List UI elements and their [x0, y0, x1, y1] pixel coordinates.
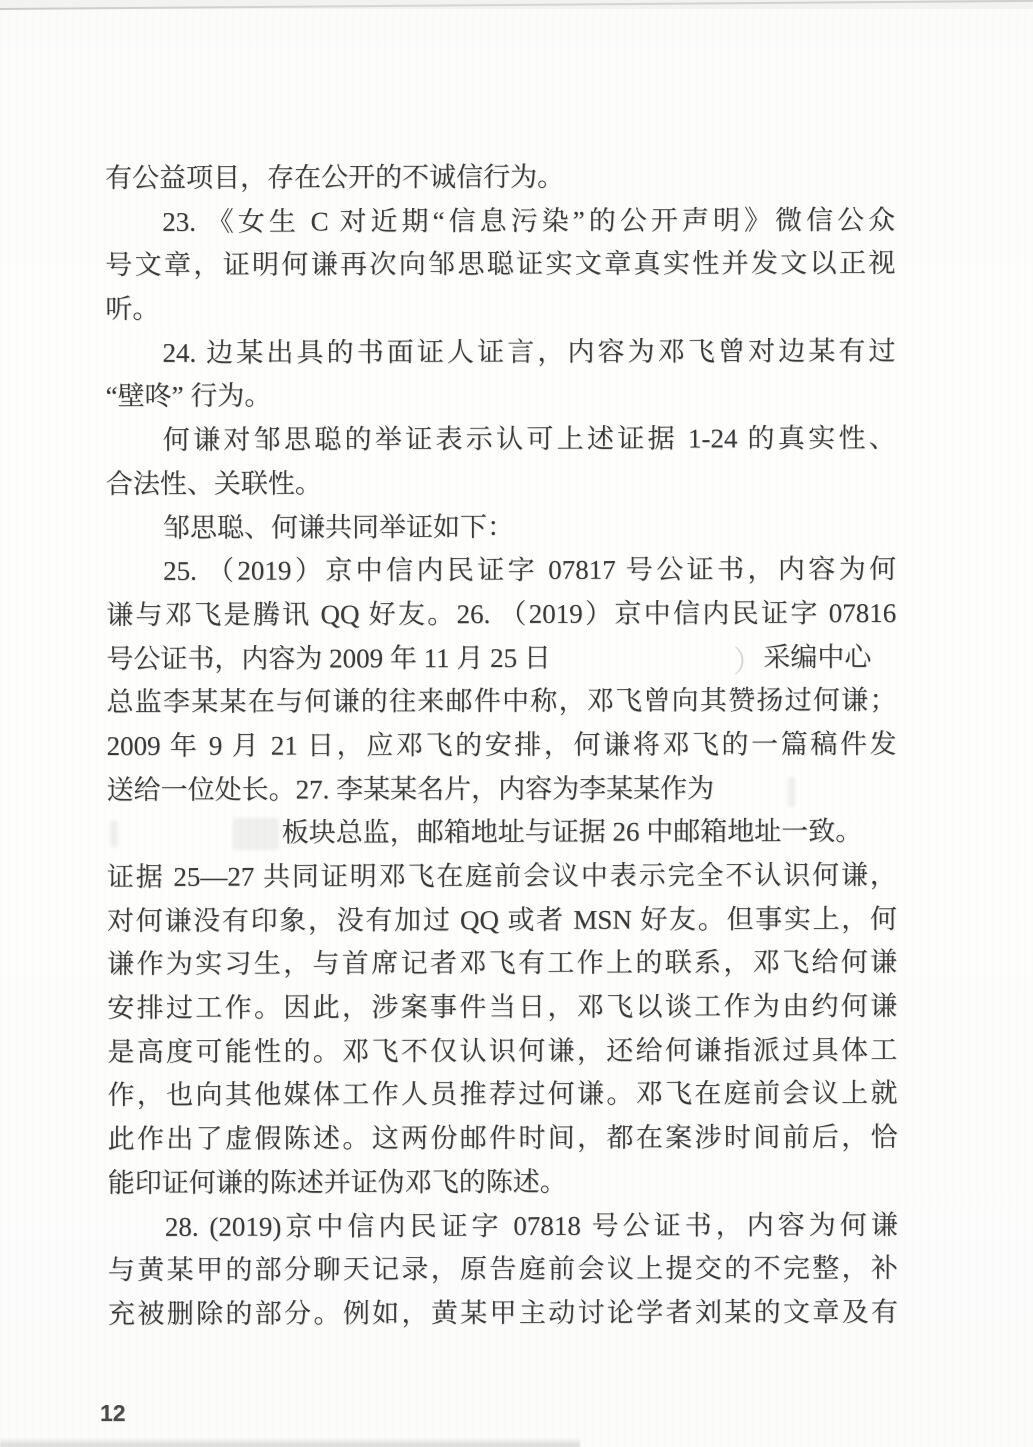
text-line: 有公益项目，存在公开的不诚信行为。: [105, 155, 895, 201]
text-line: 2009 年 9 月 21 日，应邓飞的安排，何谦将邓飞的一篇稿件发: [106, 723, 896, 769]
text-line: 号文章，证明何谦再次向邹思聪证实文章真实性并发文以正视: [105, 242, 895, 288]
scanned-document-page: 有公益项目，存在公开的不诚信行为。23. 《女生 C 对近期“信息污染”的公开声…: [0, 0, 1033, 1447]
text-line: 谦作为实习生，与首席记者邓飞有工作上的联系，邓飞给何谦: [107, 941, 897, 987]
text-line: 充被删除的部分。例如，黄某甲主动讨论学者刘某的文章及有: [108, 1291, 898, 1337]
text-line: 合法性、关联性。: [106, 461, 896, 507]
text-line: 24. 边某出具的书面证人证言，内容为邓飞曾对边某有过: [105, 330, 895, 376]
text-line: 安排过工作。因此，涉案事件当日，邓飞以谈工作为由约何谦: [107, 985, 897, 1031]
text-line: 28. (2019)京中信内民证字 07818 号公证书，内容为何谦: [108, 1203, 898, 1249]
text-line: 谦与邓飞是腾讯 QQ 好友。26. （2019）京中信内民证字 07816: [106, 592, 896, 638]
text-line: 何谦对邹思聪的举证表示认可上述证据 1-24 的真实性、: [106, 417, 896, 463]
page-number: 12: [100, 1400, 126, 1427]
scan-bottom-smudge: [0, 1438, 580, 1447]
text-line: 是高度可能性的。邓飞不仅认识何谦，还给何谦指派过具体工: [107, 1029, 897, 1075]
text-line: 总监李某某在与何谦的往来邮件中称，邓飞曾向其赞扬过何谦；: [106, 679, 896, 725]
text-line: 与黄某甲的部分聊天记录，原告庭前会议上提交的不完整，补: [108, 1247, 898, 1293]
text-line: 邹思聪、何谦共同举证如下：: [106, 504, 896, 550]
text-line: 作，也向其他媒体工作人员推荐过何谦。邓飞在庭前会议上就: [107, 1072, 897, 1118]
text-line: 23. 《女生 C 对近期“信息污染”的公开声明》微信公众: [105, 199, 895, 245]
text-line: 送给一位处长。27. 李某某名片，内容为李某某作为: [107, 767, 897, 813]
text-segment: 号公证书，内容为 2009 年 11 月 25 日: [106, 636, 551, 681]
text-line: 号公证书，内容为 2009 年 11 月 25 日采编中心: [106, 635, 896, 681]
text-line: 能印证何谦的陈述并证伪邓飞的陈述。: [108, 1160, 898, 1206]
text-line: 证据 25—27 共同证明邓飞在庭前会议中表示完全不认识何谦，: [107, 854, 897, 900]
document-text: 有公益项目，存在公开的不诚信行为。23. 《女生 C 对近期“信息污染”的公开声…: [105, 155, 898, 1337]
text-line: 对何谦没有印象，没有加过 QQ 或者 MSN 好友。但事实上，何: [107, 898, 897, 944]
text-line: 板块总监，邮箱地址与证据 26 中邮箱地址一致。: [107, 810, 897, 856]
text-line: 听。: [105, 286, 895, 332]
text-segment: 采编中心: [763, 636, 871, 680]
text-line: “壁咚” 行为。: [106, 373, 896, 419]
text-line: 25. （2019）京中信内民证字 07817 号公证书，内容为何: [106, 548, 896, 594]
text-line: 此作出了虚假陈述。这两份邮件时间，都在案涉时间前后，恰: [108, 1116, 898, 1162]
